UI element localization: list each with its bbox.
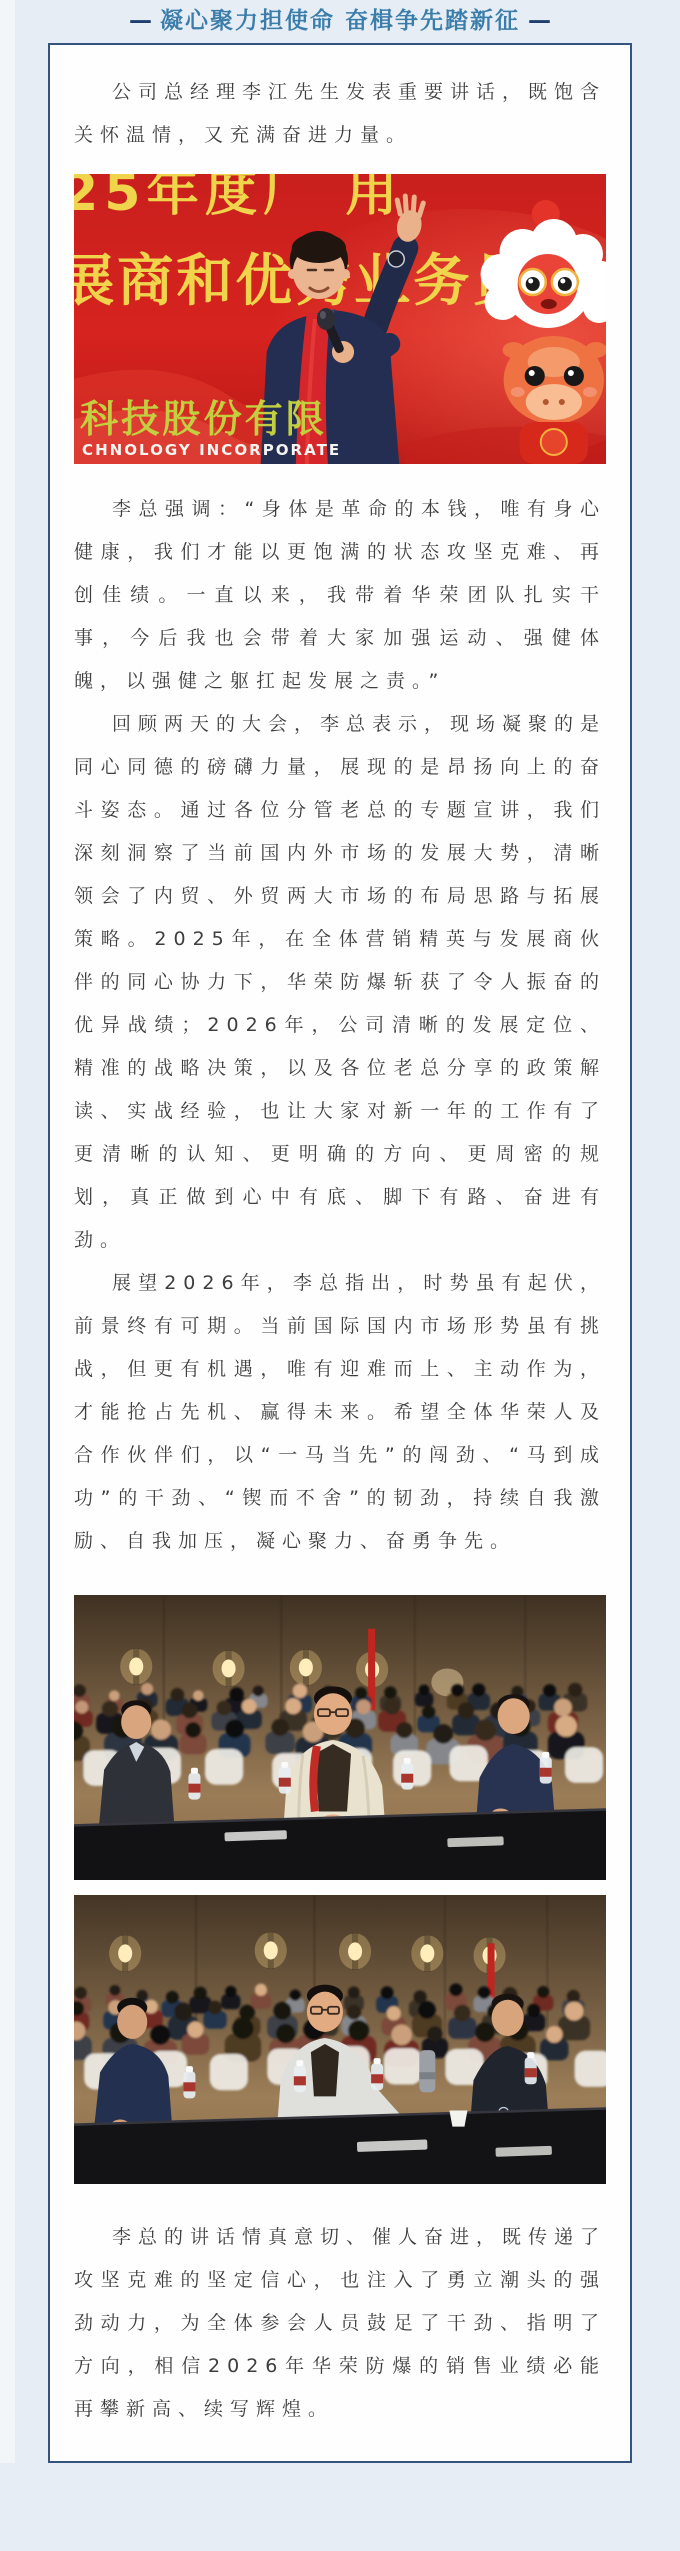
stage-banner-line1: 25年度厂 用: [74, 174, 404, 223]
title-dash-right-icon: —: [520, 8, 559, 34]
speaker-photo-illustration: 25年度厂 用 展商和优秀业务员: [74, 174, 606, 464]
article-paragraph: 李总强调：“身体是革命的本钱，唯有身心健康，我们才能以更饱满的状态攻坚克难、再创…: [74, 488, 606, 703]
audience-photo-1: [74, 1595, 606, 1880]
article-paragraph: 李总的讲话情真意切、催人奋进，既传递了攻坚克难的坚定信心，也注入了勇立潮头的强劲…: [74, 2216, 606, 2431]
article-paragraph: 展望2026年，李总指出，时势虽有起伏，前景终有可期。当前国际国内市场形势虽有挑…: [74, 1262, 606, 1563]
title-dash-left-icon: —: [121, 8, 160, 34]
page-left-strip: [0, 0, 15, 2463]
stage-bottom-text-en: CHNOLOGY INCORPORATE: [82, 441, 341, 459]
article-page: —凝心聚力担使命 奋楫争先踏新征— 公司总经理李江先生发表重要讲话，既饱含关怀温…: [0, 0, 680, 2463]
thermos-bottle: [419, 2050, 435, 2092]
stage-bottom-text-cn: 科技股份有限: [80, 397, 327, 441]
page-title-text: 凝心聚力担使命 奋楫争先踏新征: [160, 8, 520, 34]
article-card: 公司总经理李江先生发表重要讲话，既饱含关怀温情，又充满奋进力量。: [48, 43, 632, 2463]
speaker-photo: 25年度厂 用 展商和优秀业务员: [74, 174, 606, 464]
page-title: —凝心聚力担使命 奋楫争先踏新征—: [0, 0, 680, 43]
white-cup: [449, 2110, 467, 2126]
audience-photo-1-illustration: [74, 1595, 606, 1880]
audience-photo-2-illustration: [74, 1895, 606, 2184]
article-paragraph: 公司总经理李江先生发表重要讲话，既饱含关怀温情，又充满奋进力量。: [74, 71, 606, 157]
article-paragraph: 回顾两天的大会，李总表示，现场凝聚的是同心同德的磅礴力量，展现的是昂扬向上的奋斗…: [74, 703, 606, 1262]
audience-photo-2: [74, 1895, 606, 2184]
